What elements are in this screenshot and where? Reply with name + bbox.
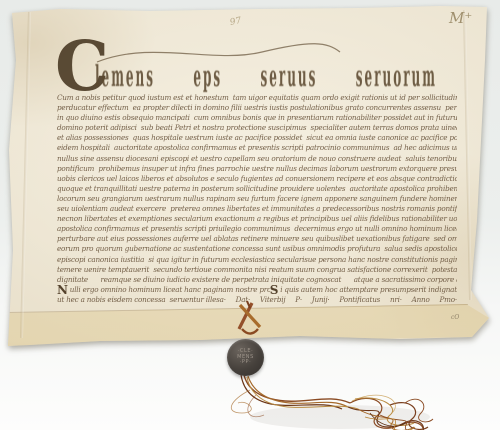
script-line: dignitate reamque se diuino iudicio exis… (57, 275, 457, 285)
script-line: pontificum prohibemus insuper ut infra f… (57, 164, 457, 174)
archive-monogram-mark: M⁺ (449, 9, 472, 27)
photo-of-charter: 97 M⁺ cO C lemens eps seruus seruorum de… (0, 0, 500, 430)
script-line: in quo diuino estis obsequio mancipati c… (57, 113, 457, 123)
script-line: et alias possessiones quas hospitale ues… (57, 133, 457, 143)
script-line: domino poterit adipisci sub beati Petri … (57, 123, 457, 133)
datum-segment: Pmo· (439, 295, 456, 305)
script-line: nullus sine assensu diocesani episcopi e… (57, 154, 457, 164)
seal-text-line: ·PP· (240, 360, 252, 366)
script-line: eorum pro quorum gubernatione ac sustent… (57, 244, 457, 254)
script-line: necnon libertates et exemptiones secular… (57, 214, 457, 224)
script-line: seu uiolentiam audeat exercere preterea … (57, 204, 457, 214)
lead-bulla-seal: ·CLE· MENS ·PP· (227, 339, 264, 376)
script-line: perducatur effectum ea propter dilecti i… (57, 103, 457, 113)
script-line: temere uenire temptauerit secundo tertio… (57, 265, 457, 275)
script-line: Cum a nobis petitur quod iustum est et h… (57, 93, 457, 103)
sanction-clause-line: N ulli ergo omnino hominum liceat hanc p… (57, 285, 457, 295)
script-line: perturbare aut eius possessiones auferre… (57, 234, 457, 244)
plica-notary-mark: cO (451, 314, 459, 321)
initial-n: N (57, 285, 68, 295)
archive-mark-97: 97 (229, 16, 242, 28)
script-line: episcopi canonica iustitia si qua igitur… (57, 255, 457, 265)
script-line: apostolica confirmamus et presentis scri… (57, 224, 457, 234)
siquis-clause-text: i quis autem hoc attemptare presumpserit… (280, 285, 457, 295)
script-line: quoque et tranquillitati uestre paterna … (57, 184, 457, 194)
nulli-clause-text: ulli ergo omnino hominum liceat hanc pag… (70, 285, 270, 295)
initial-s: S (270, 285, 278, 295)
crease-right (463, 10, 472, 300)
crease-left (20, 12, 31, 338)
script-line: uobis clericos uel laicos liberos et abs… (57, 174, 457, 184)
script-line: eidem hospitali auctoritate apostolica c… (57, 143, 457, 153)
script-line: locorum seu grangiarum uestrarum nullus … (57, 194, 457, 204)
charter-text-block: Cum a nobis petitur quod iustum est et h… (57, 93, 457, 305)
